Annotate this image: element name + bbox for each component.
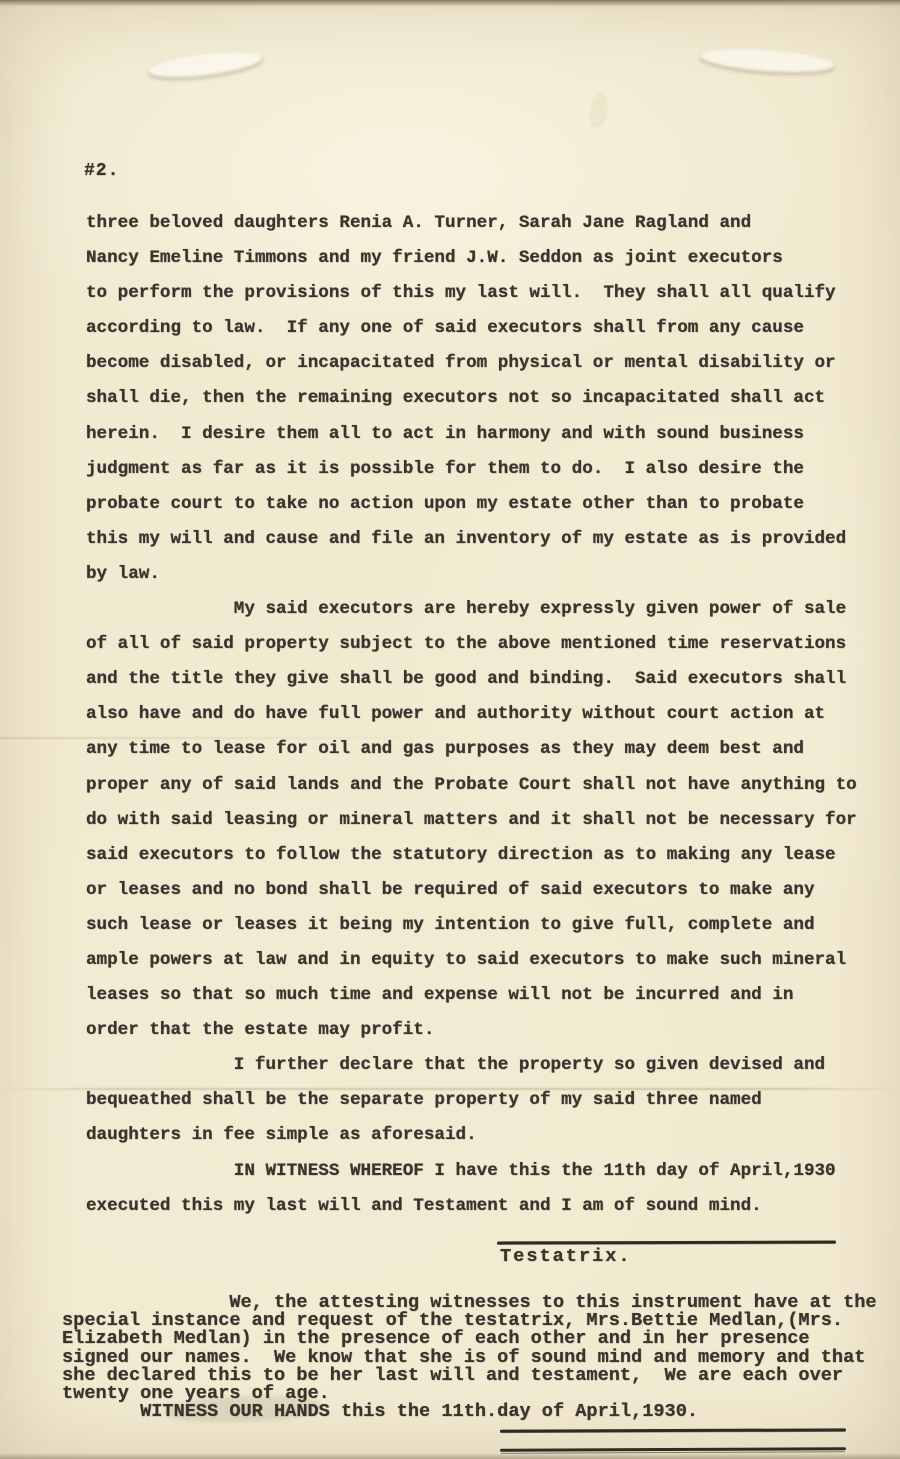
text-line: ample powers at law and in equity to sai… <box>86 943 886 978</box>
text-line: probate court to take no action upon my … <box>86 487 886 522</box>
scan-edge-bottom <box>0 1453 900 1459</box>
text-line: I further declare that the property so g… <box>86 1048 886 1083</box>
witness-paragraph: We, the attesting witnesses to this inst… <box>62 1294 882 1403</box>
text-line: do with said leasing or mineral matters … <box>86 803 886 838</box>
text-line: by law. <box>86 557 886 592</box>
text-line: bequeathed shall be the separate propert… <box>86 1083 886 1118</box>
text-line: proper any of said lands and the Probate… <box>86 768 886 803</box>
paper-crease-mark <box>147 47 264 83</box>
will-body-text: three beloved daughters Renia A. Turner,… <box>86 206 886 1224</box>
witness-attestation-text: We, the attesting witnesses to this inst… <box>62 1294 882 1421</box>
text-line: of all of said property subject to the a… <box>86 627 886 662</box>
testatrix-label: Testatrix. <box>500 1246 632 1267</box>
text-line: shall die, then the remaining executors … <box>86 381 886 416</box>
text-line: such lease or leases it being my intenti… <box>86 908 886 943</box>
witness-signature-line-1 <box>500 1428 846 1432</box>
text-line: three beloved daughters Renia A. Turner,… <box>86 206 886 241</box>
text-line: any time to lease for oil and gas purpos… <box>86 732 886 767</box>
scan-edge-top <box>0 0 900 9</box>
paper-crease-mark <box>589 91 609 127</box>
text-line: said executors to follow the statutory d… <box>86 838 886 873</box>
text-line: according to law. If any one of said exe… <box>86 311 886 346</box>
text-line: judgment as far as it is possible for th… <box>86 452 886 487</box>
text-line: order that the estate may profit. <box>86 1013 886 1048</box>
text-line: and the title they give shall be good an… <box>86 662 886 697</box>
text-line: also have and do have full power and aut… <box>86 697 886 732</box>
testatrix-signature-line <box>497 1241 836 1245</box>
text-line: Nancy Emeline Timmons and my friend J.W.… <box>86 241 886 276</box>
text-line: Elizabeth Medlan) in the presence of eac… <box>62 1330 882 1348</box>
text-line: IN WITNESS WHEREOF I have this the 11th … <box>86 1154 886 1189</box>
text-line: to perform the provisions of this my las… <box>86 276 886 311</box>
text-line: or leases and no bond shall be required … <box>86 873 886 908</box>
text-line: this my will and cause and file an inven… <box>86 522 886 557</box>
text-line: My said executors are hereby expressly g… <box>86 592 886 627</box>
text-line: become disabled, or incapacitated from p… <box>86 346 886 381</box>
witness-signature-line-2 <box>500 1447 846 1452</box>
document-page: #2. three beloved daughters Renia A. Tur… <box>0 0 900 1459</box>
witness-hands-line: WITNESS OUR HANDS this the 11th.day of A… <box>62 1403 882 1421</box>
text-line: herein. I desire them all to act in harm… <box>86 417 886 452</box>
text-line: leases so that so much time and expense … <box>86 978 886 1013</box>
text-line: daughters in fee simple as aforesaid. <box>86 1118 886 1153</box>
paper-crease-mark <box>699 45 835 76</box>
page-number: #2. <box>84 161 119 181</box>
text-line: executed this my last will and Testament… <box>86 1189 886 1224</box>
